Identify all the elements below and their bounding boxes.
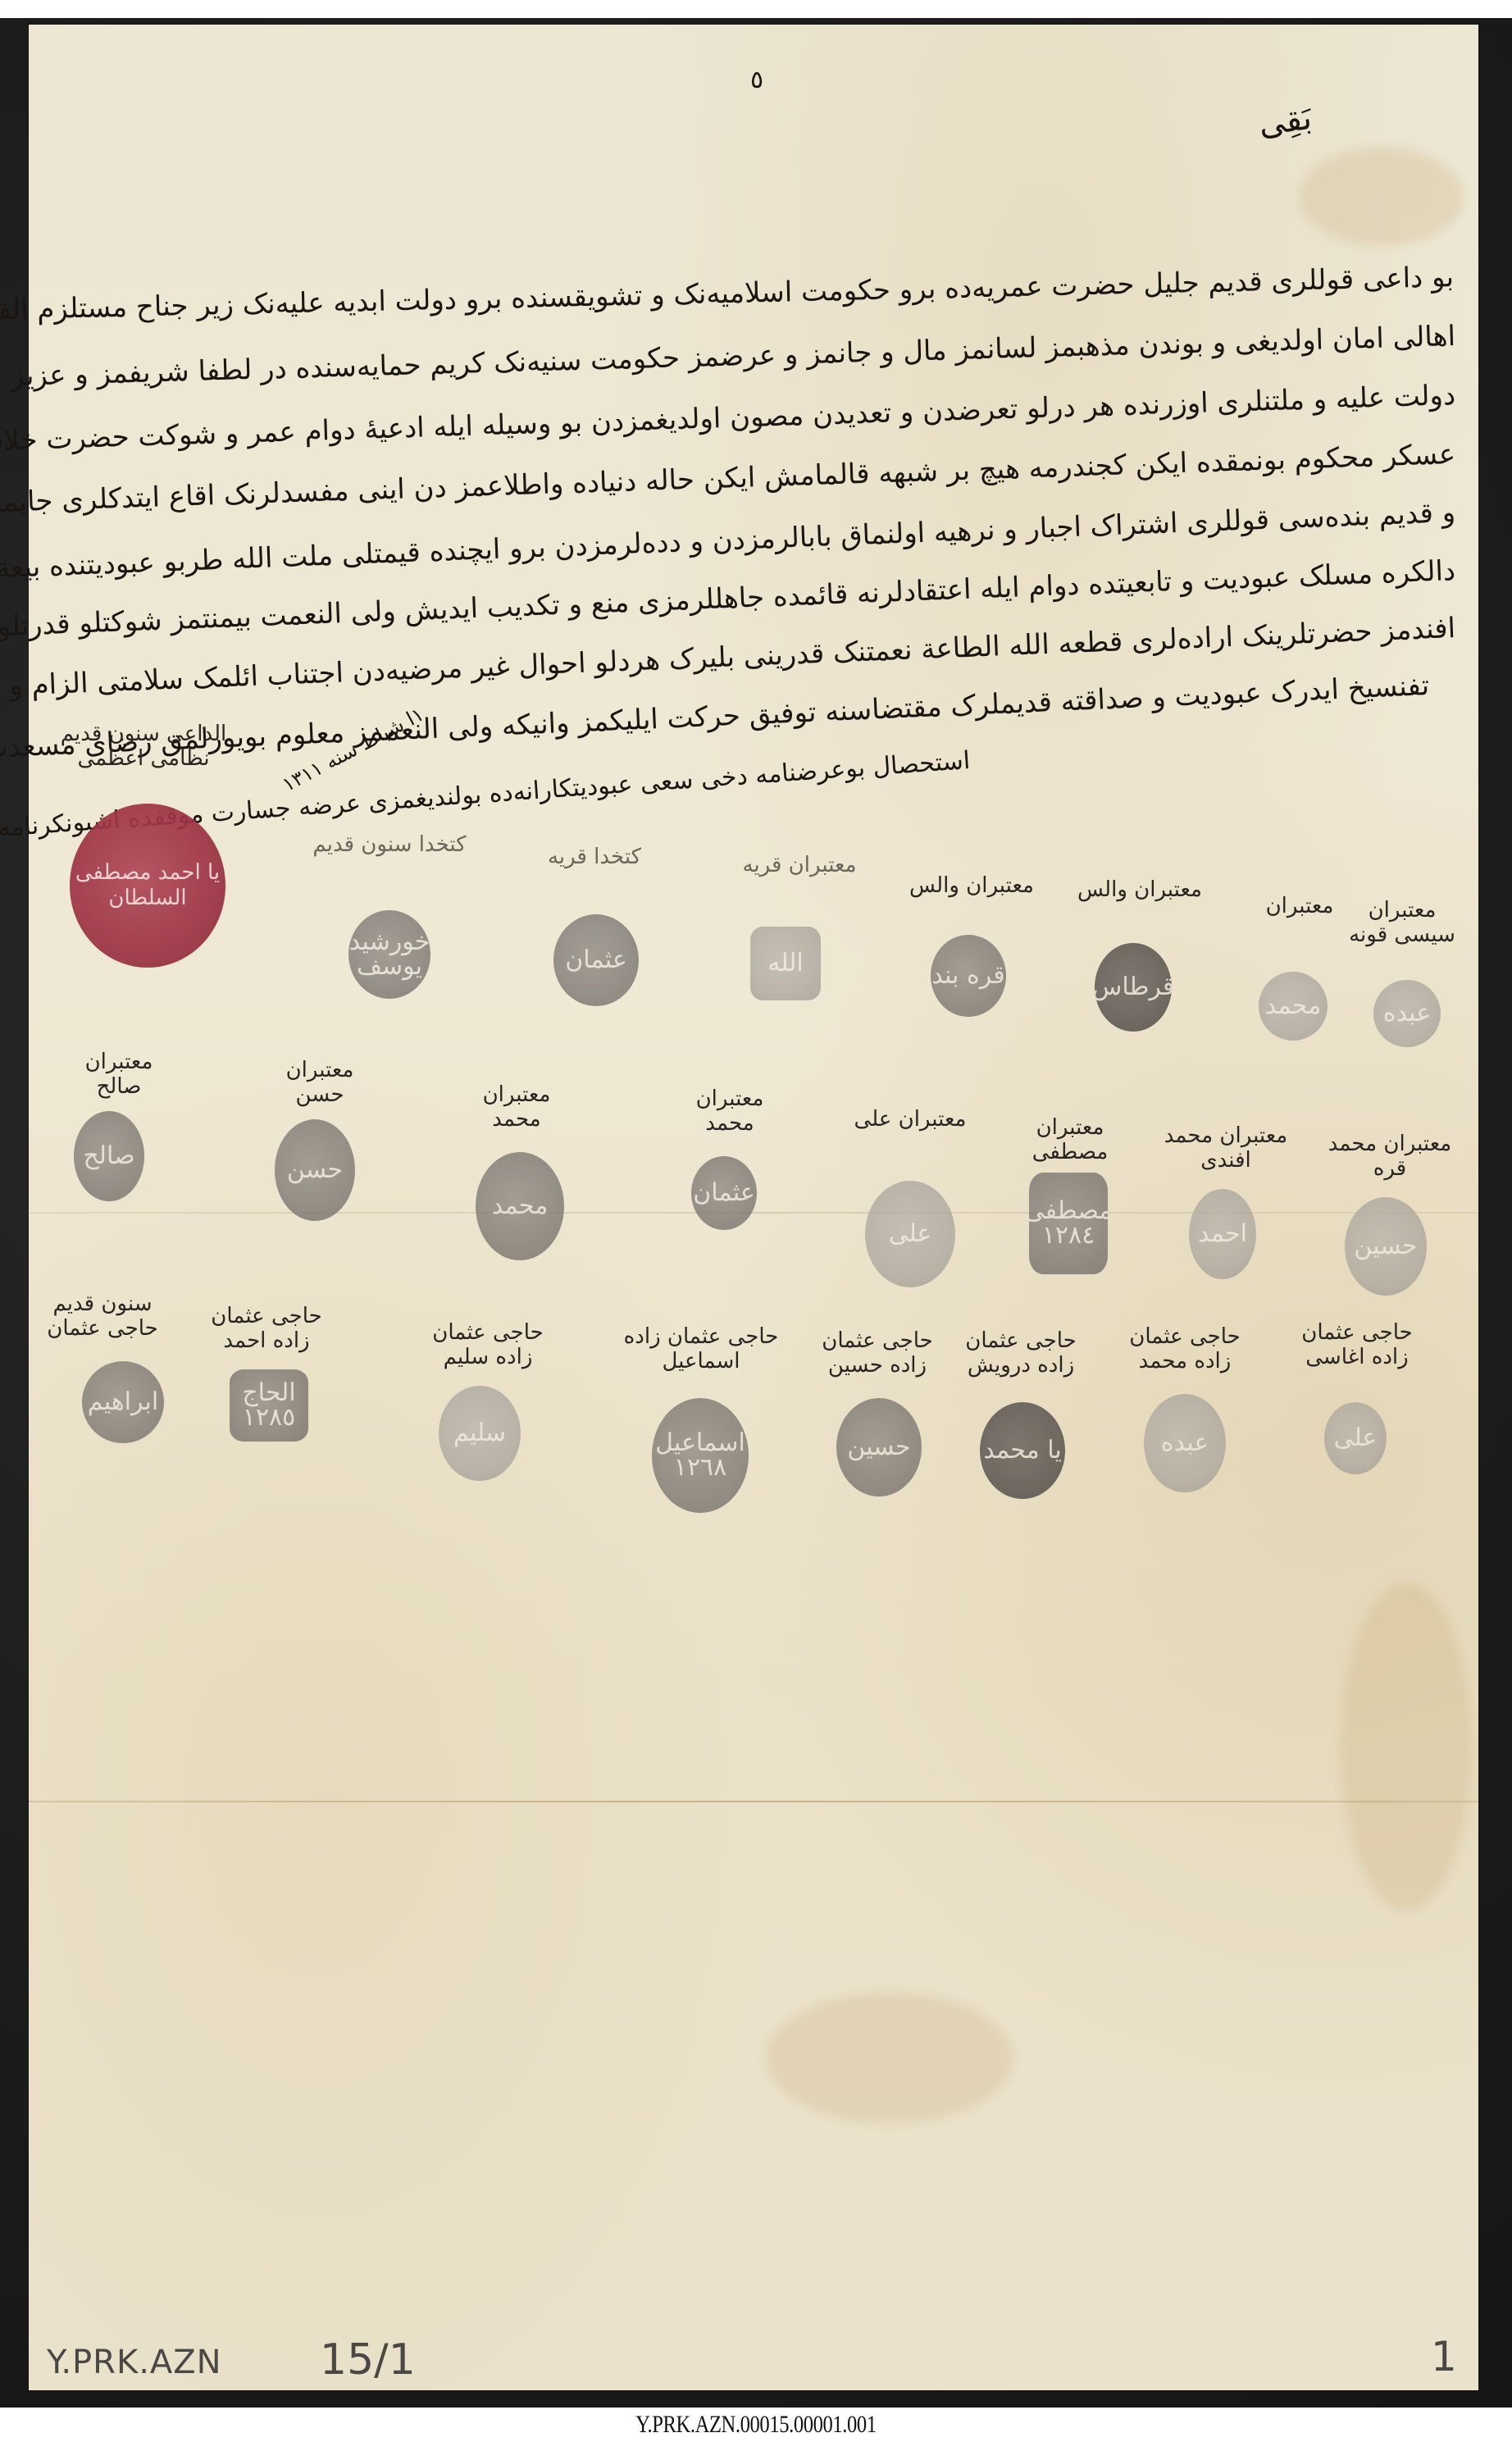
seal-label: معتبران صالح: [61, 1050, 176, 1099]
seal-imprint: احمد: [1189, 1189, 1256, 1279]
seal-inscription: خورشید یوسف: [348, 930, 430, 979]
folio-mark: ٥: [750, 66, 763, 94]
seal-inscription: ابراهیم: [88, 1390, 158, 1414]
seal-inscription: الحاج ١٢٨٥: [230, 1381, 308, 1430]
pencil-page-number: 1: [1431, 2333, 1457, 2380]
seal-label: معتبران مصطفی: [1009, 1115, 1132, 1164]
seal-imprint: صالح: [74, 1111, 144, 1201]
seal-imprint: ابراهیم: [82, 1361, 164, 1443]
seal-inscription: عثمان: [693, 1181, 754, 1205]
seal-imprint: عبده: [1373, 980, 1441, 1047]
seal-imprint: سلیم: [439, 1386, 521, 1481]
seal-imprint: الحاج ١٢٨٥: [230, 1369, 308, 1442]
seal-label: معتبران قریه: [717, 853, 881, 877]
seal-inscription: حسین: [1354, 1234, 1417, 1259]
seal-label: حاجی عثمان زاده اسماعیل: [623, 1324, 779, 1373]
red-seal-imprint: یا احمد مصطفی السلطان: [70, 804, 225, 968]
seal-imprint: علی: [1324, 1402, 1387, 1474]
seal-inscription: محمد: [1265, 994, 1322, 1018]
seal-imprint: عثمان: [553, 914, 639, 1006]
seal-imprint: الله: [750, 927, 821, 1000]
seal-inscription: صالح: [83, 1144, 134, 1168]
seal-inscription: اسماعیل ١٢٦٨: [652, 1431, 749, 1480]
seal-inscription: قره بند: [931, 963, 1004, 988]
seal-label: حاجی عثمان زاده درویش: [947, 1328, 1095, 1378]
seal-label: حاجی عثمان زاده اغاسی: [1283, 1320, 1431, 1369]
seal-label: معتبران محمد: [668, 1086, 791, 1136]
seal-inscription: حسن: [287, 1158, 343, 1182]
seal-imprint: عثمان: [691, 1156, 757, 1230]
paper-stain: [767, 1993, 1013, 2124]
seal-inscription: مصطفی ١٢٨٤: [1029, 1199, 1108, 1248]
seal-inscription: سلیم: [453, 1421, 506, 1446]
seal-label: معتبران علی: [849, 1107, 972, 1132]
seal-inscription: حسین: [847, 1435, 910, 1460]
seal-inscription: قرطاس: [1095, 975, 1172, 1000]
seal-label: الداعی سنون قدیم نظامی اعظمی: [45, 722, 242, 771]
seal-label: حاجی عثمان زاده احمد: [193, 1304, 340, 1353]
seal-inscription: یا محمد: [983, 1438, 1062, 1463]
seal-imprint: حسن: [275, 1119, 355, 1221]
seal-imprint: قره بند: [931, 935, 1006, 1017]
seal-inscription: علی: [889, 1222, 932, 1246]
seal-imprint: قرطاس: [1095, 943, 1172, 1032]
seal-label: معتبران محمد: [455, 1082, 578, 1132]
body-line: بو داعی قوللری قدیم جلیل حضرت عمریه‌ده ب…: [60, 261, 1454, 326]
seal-label: سنون قدیم حاجی عثمان: [45, 1291, 160, 1341]
seal-inscription: احمد: [1198, 1222, 1247, 1246]
seal-imprint: یا محمد: [980, 1402, 1065, 1499]
fold-line: [29, 1801, 1478, 1802]
seal-label: معتبران والس: [1074, 877, 1205, 902]
corner-note: بَقِی: [1256, 99, 1314, 144]
seal-label: حاجی عثمان زاده محمد: [1111, 1324, 1259, 1373]
seal-imprint: حسین: [836, 1398, 922, 1496]
fold-line: [29, 1212, 1478, 1214]
seal-label: حاجی عثمان زاده سلیم: [414, 1320, 562, 1369]
seal-imprint: عبده: [1144, 1394, 1226, 1492]
seal-imprint: اسماعیل ١٢٦٨: [652, 1398, 749, 1513]
seal-label: کتخدا قریه: [512, 845, 676, 869]
body-line: اهالی امان اولدیغی و بوندن مذهبمز لسانمز…: [45, 320, 1455, 392]
seal-inscription: یا احمد مصطفی السلطان: [70, 860, 225, 911]
seal-imprint: محمد: [476, 1152, 564, 1260]
catalog-reference: Y.PRK.AZN.00015.00001.001: [136, 2411, 1376, 2439]
seal-imprint: حسین: [1345, 1197, 1427, 1296]
seal-inscription: عبده: [1161, 1431, 1209, 1455]
seal-inscription: علی: [1334, 1426, 1378, 1451]
seal-label: معتبران محمد قره: [1324, 1132, 1455, 1181]
seal-inscription: عثمان: [565, 948, 626, 973]
seal-imprint: محمد: [1259, 972, 1328, 1041]
seal-imprint: مصطفی ١٢٨٤: [1029, 1173, 1108, 1274]
seal-label: کتخدا سنون قدیم: [303, 832, 476, 857]
archive-header-strip: [0, 0, 1512, 18]
seal-imprint: خورشید یوسف: [348, 910, 430, 999]
pencil-dossier-number: 15/1: [320, 2335, 416, 2385]
seal-label: معتبران والس: [906, 873, 1037, 898]
seal-imprint: علی: [865, 1181, 955, 1287]
paper-stain: [1300, 148, 1464, 246]
pencil-fond-code: Y.PRK.AZN: [47, 2344, 222, 2381]
seal-label: معتبران حسن: [258, 1058, 381, 1107]
seal-label: معتبران سیسی قونه: [1341, 898, 1464, 947]
seal-inscription: عبده: [1383, 1001, 1431, 1026]
seal-inscription: محمد: [492, 1194, 549, 1219]
document-page: ٥ بَقِی بو داعی قوللری قدیم جلیل حضرت عم…: [29, 25, 1478, 2390]
seal-inscription: الله: [767, 951, 804, 976]
seal-label: معتبران محمد افندی: [1152, 1123, 1300, 1173]
seal-label: حاجی عثمان زاده حسین: [804, 1328, 951, 1378]
paper-stain: [1341, 1583, 1472, 1911]
